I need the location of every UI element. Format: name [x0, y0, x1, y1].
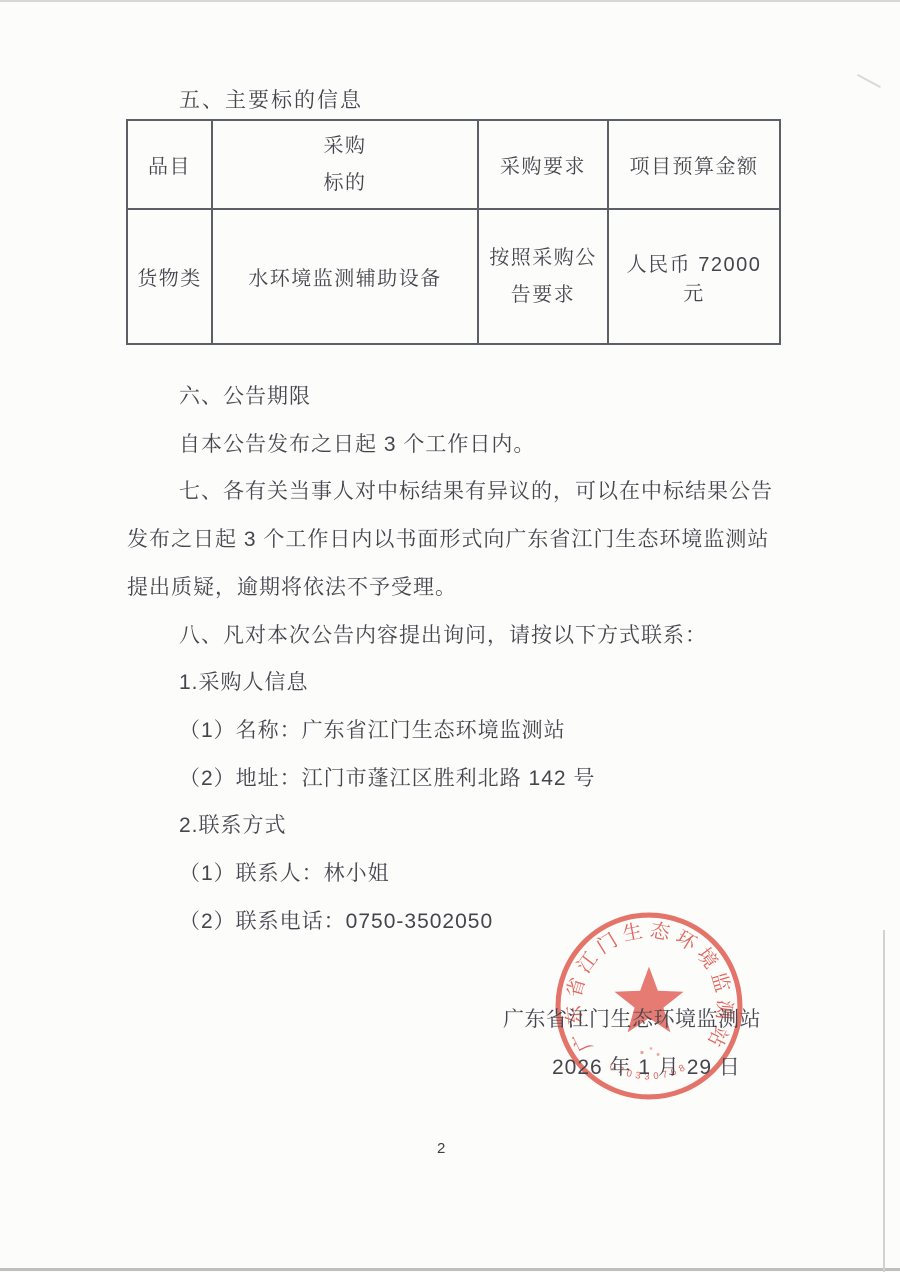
body-line: 自本公告发布之日起 3 个工作日内。 — [127, 421, 782, 469]
body-line: 发布之日起 3 个工作日内以书面形式向广东省江门生态环境监测站 — [127, 516, 782, 564]
cell-requirement: 按照采购公 告要求 — [478, 209, 608, 344]
scan-edge-top — [0, 0, 900, 2]
body-line: 1.采购人信息 — [127, 659, 782, 707]
scan-edge-right — [883, 930, 885, 1272]
body-line: 提出质疑，逾期将依法不予受理。 — [127, 564, 782, 612]
scan-smudge — [857, 74, 881, 88]
scanned-document-page: 五、主要标的信息 品目 采购 标的 采购要求 项目预算金额 货物类 水环境监测辅… — [0, 0, 900, 1272]
cell-subject: 水环境监测辅助设备 — [212, 209, 478, 344]
header-cell-category: 品目 — [127, 120, 212, 209]
cell-requirement-line2: 告要求 — [483, 277, 603, 314]
page-number: 2 — [437, 1140, 445, 1157]
header-subject-line2: 标的 — [217, 165, 473, 202]
body-line: （1）联系人：林小姐 — [127, 850, 782, 898]
body-text: 六、公告期限自本公告发布之日起 3 个工作日内。七、各有关当事人对中标结果有异议… — [127, 373, 782, 945]
cell-category: 货物类 — [127, 209, 212, 344]
body-line: （2）地址：江门市蓬江区胜利北路 142 号 — [127, 755, 782, 803]
cell-requirement-line1: 按照采购公 — [483, 240, 603, 277]
cell-budget: 人民币 72000 元 — [608, 209, 780, 344]
body-line: （1）名称：广东省江门生态环境监测站 — [127, 707, 782, 755]
scan-edge-bottom — [0, 1268, 900, 1271]
table-data-row: 货物类 水环境监测辅助设备 按照采购公 告要求 人民币 72000 元 — [127, 209, 780, 344]
seal-speck — [650, 1047, 653, 1050]
body-line: 七、各有关当事人对中标结果有异议的，可以在中标结果公告 — [127, 468, 782, 516]
section5-heading: 五、主要标的信息 — [179, 84, 363, 114]
table-header-row: 品目 采购 标的 采购要求 项目预算金额 — [127, 120, 780, 209]
body-line: 八、凡对本次公告内容提出询问，请按以下方式联系： — [127, 612, 782, 660]
signature-date: 2026 年 1 月 29 日 — [552, 1051, 741, 1081]
signature-organization: 广东省江门生态环境监测站 — [503, 1003, 761, 1033]
header-subject-line1: 采购 — [217, 128, 473, 165]
body-line: 六、公告期限 — [127, 373, 782, 421]
body-line: 2.联系方式 — [127, 802, 782, 850]
header-cell-subject: 采购 标的 — [212, 120, 478, 209]
subject-info-table: 品目 采购 标的 采购要求 项目预算金额 货物类 水环境监测辅助设备 按照采购公… — [126, 119, 781, 345]
header-cell-budget: 项目预算金额 — [608, 120, 780, 209]
header-cell-requirement: 采购要求 — [478, 120, 608, 209]
